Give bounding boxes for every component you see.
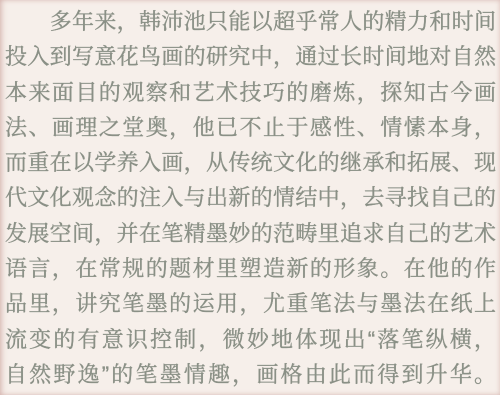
text-line: 法、画理之堂奥，他已不止于感性、情愫本身， [5, 110, 496, 145]
body-paragraph: 多年来，韩沛池只能以超乎常人的精力和时间 投入到写意花鸟画的研究中，通过长时间地… [0, 0, 500, 392]
text-line: 本来面目的观察和艺术技巧的磨炼，探知古今画 [5, 75, 496, 110]
text-line: 流变的有意识控制，微妙地体现出“落笔纵横， [5, 322, 496, 357]
text-line: 投入到写意花鸟画的研究中，通过长时间地对自然 [5, 39, 496, 74]
text-line: 代文化观念的注入与出新的情结中，去寻找自己的 [5, 180, 496, 215]
text-line: 多年来，韩沛池只能以超乎常人的精力和时间 [5, 4, 496, 39]
text-line: 语言，在常规的题材里塑造新的形象。在他的作 [5, 251, 496, 286]
text-line: 发展空间，并在笔精墨妙的范畴里追求自己的艺术 [5, 216, 496, 251]
text-line: 自然野逸”的笔墨情趣，画格由此而得到升华。 [5, 357, 496, 392]
text-line: 品里，讲究笔墨的运用，尤重笔法与墨法在纸上 [5, 286, 496, 321]
text-line: 而重在以学养入画，从传统文化的继承和拓展、现 [5, 145, 496, 180]
scanned-document-page: 多年来，韩沛池只能以超乎常人的精力和时间 投入到写意花鸟画的研究中，通过长时间地… [0, 0, 500, 395]
